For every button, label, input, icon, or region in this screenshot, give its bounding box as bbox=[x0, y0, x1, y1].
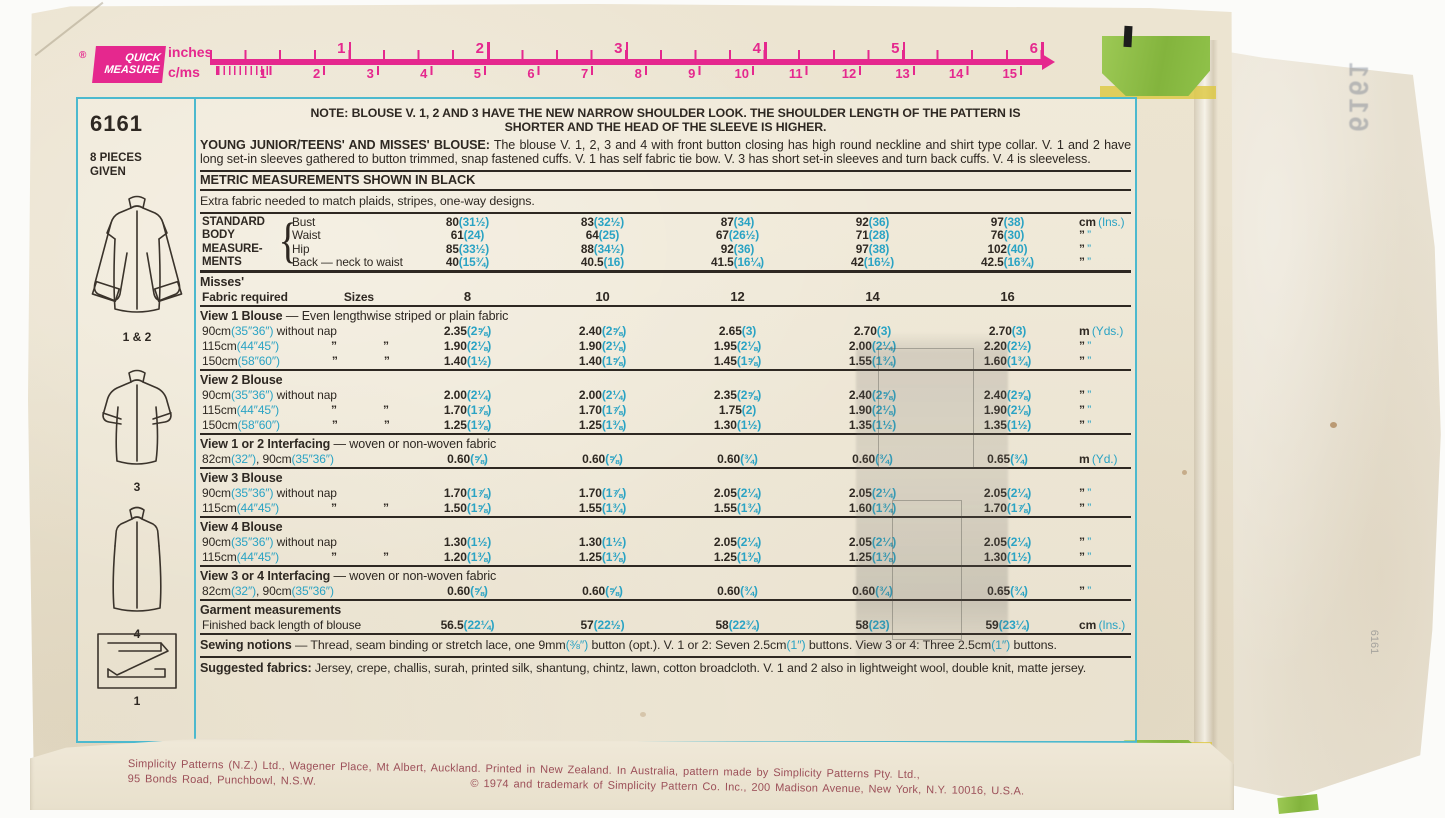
value-number: 57 bbox=[580, 618, 593, 632]
size-column-header: 10 bbox=[535, 289, 670, 304]
value-cell: 1.55(1¾) bbox=[535, 501, 670, 516]
value-inches: (¾) bbox=[1010, 452, 1028, 466]
row-label: 115cm(44″45″)”” bbox=[200, 550, 400, 565]
value-inches: (15¾) bbox=[459, 255, 489, 269]
value-inches: (⅝) bbox=[470, 452, 488, 466]
unit-cell: m (Yds.) bbox=[1075, 324, 1131, 339]
value-inches: (23¼) bbox=[999, 618, 1030, 632]
value-inches: (16¼) bbox=[734, 255, 764, 269]
value-number: 2.40 bbox=[849, 388, 872, 402]
ruler-cm-number: 3 bbox=[354, 66, 374, 81]
value-number: 1.30 bbox=[579, 535, 602, 549]
ruler-cms-label: c/ms bbox=[168, 64, 200, 80]
value-cell: 1.40(1½) bbox=[400, 354, 535, 369]
value-inches: (2⅛) bbox=[467, 339, 491, 353]
value-inches: (2¼) bbox=[737, 535, 761, 549]
value-number: 1.25 bbox=[714, 550, 737, 564]
fabric-row: 90cm(35″36″) without nap1.70(1⅞)1.70(1⅞)… bbox=[200, 486, 1131, 501]
value-inches: (1¾) bbox=[872, 501, 896, 515]
ditto-mark: ” bbox=[332, 354, 338, 368]
row-label-part: 150cm bbox=[202, 418, 238, 432]
ruler-inches-label: inches bbox=[168, 44, 212, 60]
size-group-line1: Misses' bbox=[200, 276, 1131, 289]
unit-part: ” bbox=[1079, 486, 1085, 500]
value-cell: 1.30(1½) bbox=[535, 535, 670, 550]
value-inches: (2¼) bbox=[602, 388, 626, 402]
long-sleeve-blouse-illustration bbox=[85, 191, 189, 329]
value-inches: (2⅝) bbox=[602, 324, 626, 338]
value-cell: 97(38) bbox=[805, 243, 940, 257]
value-number: 0.60 bbox=[717, 584, 740, 598]
value-inches: (¾) bbox=[740, 584, 758, 598]
value-inches: (1⅜) bbox=[467, 550, 491, 564]
value-number: 2.70 bbox=[989, 324, 1012, 338]
suggested-fabrics-paragraph: Suggested fabrics: Jersey, crepe, challi… bbox=[200, 661, 1131, 676]
section-title: View 1 or 2 Interfacing — woven or non-w… bbox=[200, 437, 1131, 452]
value-cell: 0.60(¾) bbox=[805, 452, 940, 467]
value-inches: (38) bbox=[869, 242, 890, 256]
value-cell: 2.70(3) bbox=[805, 324, 940, 339]
sleeveless-blouse-illustration bbox=[85, 504, 189, 626]
value-cell: 1.25(1⅜) bbox=[670, 550, 805, 565]
divider bbox=[200, 633, 1131, 635]
value-cell: 0.60(¾) bbox=[805, 584, 940, 599]
unit-cell: cm (Ins.) bbox=[1075, 216, 1131, 230]
ruler-cm-number: 14 bbox=[943, 66, 963, 81]
notions-segment: (1″) bbox=[991, 638, 1010, 652]
value-number: 2.05 bbox=[714, 486, 737, 500]
value-inches: (1⅝) bbox=[602, 354, 626, 368]
value-inches: (1½) bbox=[467, 535, 491, 549]
value-number: 1.30 bbox=[714, 418, 737, 432]
value-cell: 2.00(2¼) bbox=[535, 388, 670, 403]
divider bbox=[200, 467, 1131, 469]
unit-part: ” bbox=[1087, 255, 1091, 269]
value-cell: 2.35(2⅝) bbox=[400, 324, 535, 339]
value-number: 92 bbox=[856, 215, 869, 229]
value-inches: (1⅞) bbox=[1007, 501, 1031, 515]
value-inches: (33½) bbox=[459, 242, 489, 256]
value-inches: (16) bbox=[603, 255, 624, 269]
value-cell: 0.60(¾) bbox=[670, 452, 805, 467]
ruler-inch-tick bbox=[903, 42, 906, 59]
main-content: NOTE: BLOUSE V. 1, 2 AND 3 HAVE THE NEW … bbox=[200, 104, 1131, 679]
value-inches: (22¾) bbox=[729, 618, 760, 632]
unit-part: ” bbox=[1087, 242, 1091, 256]
value-number: 2.35 bbox=[714, 388, 737, 402]
row-label-part: 150cm bbox=[202, 354, 238, 368]
ditto-mark: ” bbox=[383, 501, 389, 515]
value-cell: 80(31½) bbox=[400, 216, 535, 230]
value-cell: 1.25(1⅜) bbox=[535, 418, 670, 433]
value-number: 92 bbox=[721, 242, 734, 256]
ditto-mark: ” bbox=[331, 339, 337, 353]
view-label: 3 bbox=[78, 480, 196, 494]
value-inches: (2¼) bbox=[872, 486, 896, 500]
value-cell: 2.70(3) bbox=[940, 324, 1075, 339]
instruction-panel: 6161 8 PIECES GIVEN 1 & 2 bbox=[76, 97, 1137, 743]
value-cell: 64(25) bbox=[535, 229, 670, 243]
shoulder-note: NOTE: BLOUSE V. 1, 2 AND 3 HAVE THE NEW … bbox=[206, 107, 1125, 135]
value-cell: 2.05(2¼) bbox=[805, 535, 940, 550]
fabric-row: 90cm(35″36″) without nap2.00(2¼)2.00(2¼)… bbox=[200, 388, 1131, 403]
unit-cell: ” ” bbox=[1075, 339, 1131, 354]
value-number: 1.70 bbox=[444, 403, 467, 417]
row-label-part: (32″) bbox=[231, 452, 256, 466]
value-cell: 2.40(2⅝) bbox=[535, 324, 670, 339]
value-cell: 1.20(1⅜) bbox=[400, 550, 535, 565]
value-number: 1.50 bbox=[444, 501, 467, 515]
value-cell: 2.05(2¼) bbox=[670, 486, 805, 501]
value-inches: (¾) bbox=[875, 584, 893, 598]
body-measurements-label-line: STANDARD bbox=[202, 216, 265, 230]
fabric-row: 82cm(32″), 90cm(35″36″)0.60(⅝)0.60(⅝)0.6… bbox=[200, 452, 1131, 467]
ruler-inch-number: 2 bbox=[466, 40, 484, 57]
value-cell: 61(24) bbox=[400, 229, 535, 243]
value-number: 2.05 bbox=[984, 535, 1007, 549]
value-number: 2.40 bbox=[984, 388, 1007, 402]
value-inches: (2½) bbox=[1007, 339, 1031, 353]
value-number: 40.5 bbox=[581, 255, 604, 269]
value-cell: 58(22¾) bbox=[670, 618, 805, 633]
unit-part: ” bbox=[1087, 339, 1091, 353]
value-cell: 71(28) bbox=[805, 229, 940, 243]
unit-part: ” bbox=[1079, 354, 1085, 368]
row-label-part: (44″45″) bbox=[237, 550, 279, 564]
unit-part: m bbox=[1079, 324, 1090, 338]
value-cell: 1.45(1⅝) bbox=[670, 354, 805, 369]
value-inches: (¾) bbox=[740, 452, 758, 466]
value-number: 2.00 bbox=[444, 388, 467, 402]
value-number: 2.20 bbox=[984, 339, 1007, 353]
divider bbox=[200, 565, 1131, 567]
fabric-row: 115cm(44″45″)””1.70(1⅞)1.70(1⅞)1.75(2)1.… bbox=[200, 403, 1131, 418]
value-cell: 2.00(2¼) bbox=[805, 339, 940, 354]
unit-cell: ” ” bbox=[1075, 486, 1131, 501]
value-cell: 0.60(⅝) bbox=[535, 584, 670, 599]
value-number: 59 bbox=[985, 618, 998, 632]
value-inches: (1½) bbox=[467, 354, 491, 368]
value-number: 1.75 bbox=[719, 403, 742, 417]
value-number: 1.25 bbox=[579, 550, 602, 564]
value-number: 2.05 bbox=[849, 535, 872, 549]
section-title: View 4 Blouse bbox=[200, 520, 1131, 535]
value-cell: 2.05(2¼) bbox=[805, 486, 940, 501]
value-cell: 0.65(¾) bbox=[940, 452, 1075, 467]
value-cell: 0.60(¾) bbox=[670, 584, 805, 599]
fabric-row: 90cm(35″36″) without nap1.30(1½)1.30(1½)… bbox=[200, 535, 1131, 550]
section-title-rest: — Even lengthwise striped or plain fabri… bbox=[283, 309, 509, 323]
value-number: 102 bbox=[988, 242, 1007, 256]
value-cell: 2.05(2¼) bbox=[670, 535, 805, 550]
notions-segment: (1″) bbox=[786, 638, 805, 652]
body-measurement-row: Back — neck to waist40(15¾)40.5(16)41.5(… bbox=[200, 256, 1131, 270]
value-inches: (⅝) bbox=[470, 584, 488, 598]
value-cell: 1.55(1¾) bbox=[805, 354, 940, 369]
body-measurements-table: STANDARDBODYMEASURE-MENTS { Bust80(31½)8… bbox=[200, 216, 1131, 270]
value-number: 42.5 bbox=[981, 255, 1004, 269]
ruler-cm-number: 6 bbox=[515, 66, 535, 81]
value-inches: (36) bbox=[869, 215, 890, 229]
unit-cell: ” ” bbox=[1075, 550, 1131, 565]
value-number: 85 bbox=[446, 242, 459, 256]
section-title: View 3 Blouse bbox=[200, 471, 1131, 486]
value-number: 2.00 bbox=[849, 339, 872, 353]
row-label-part: without nap bbox=[273, 388, 337, 402]
unit-part: ” bbox=[1087, 354, 1091, 368]
sewing-notions-paragraph: Sewing notions — Thread, seam binding or… bbox=[200, 638, 1131, 653]
garment-row-label: Finished back length of blouse bbox=[200, 618, 400, 633]
value-cell: 1.90(2⅛) bbox=[940, 403, 1075, 418]
unit-part: ” bbox=[1079, 418, 1085, 432]
value-number: 97 bbox=[856, 242, 869, 256]
value-number: 2.05 bbox=[714, 535, 737, 549]
metric-banner: METRIC MEASUREMENTS SHOWN IN BLACK bbox=[200, 170, 1131, 191]
unit-cell: ” ” bbox=[1075, 354, 1131, 369]
value-cell: 1.95(2⅛) bbox=[670, 339, 805, 354]
unit-part: ” bbox=[1087, 388, 1091, 402]
value-number: 1.90 bbox=[849, 403, 872, 417]
notions-segment: buttons. View 3 or 4: Three 2.5cm bbox=[806, 638, 992, 652]
value-cell: 56.5(22¼) bbox=[400, 618, 535, 633]
value-cell: 0.60(⅝) bbox=[400, 452, 535, 467]
value-number: 40 bbox=[446, 255, 459, 269]
value-cell: 1.90(2⅛) bbox=[400, 339, 535, 354]
row-label-part: (44″45″) bbox=[237, 403, 279, 417]
logo-line2: MEASURE bbox=[93, 64, 160, 76]
quick-measure-logo: QUICK MEASURE bbox=[92, 46, 166, 83]
row-label-part: (35″36″) bbox=[231, 486, 273, 500]
envelope-side-flap bbox=[1200, 28, 1442, 810]
value-cell: 1.50(1⅝) bbox=[400, 501, 535, 516]
fabric-row: 115cm(44″45″)””1.20(1⅜)1.25(1⅜)1.25(1⅜)1… bbox=[200, 550, 1131, 565]
value-cell: 42.5(16¾) bbox=[940, 256, 1075, 270]
notions-segment: (⅜″) bbox=[566, 638, 589, 652]
size-column-header: 14 bbox=[805, 289, 940, 304]
value-number: 1.70 bbox=[444, 486, 467, 500]
value-number: 0.60 bbox=[852, 584, 875, 598]
value-number: 1.45 bbox=[714, 354, 737, 368]
ruler-cm-number: 9 bbox=[675, 66, 695, 81]
row-label-part: 82cm bbox=[202, 584, 231, 598]
row-label-part: 82cm bbox=[202, 452, 231, 466]
value-number: 41.5 bbox=[711, 255, 734, 269]
section-title-bold: View 3 Blouse bbox=[200, 471, 283, 485]
value-number: 1.20 bbox=[444, 550, 467, 564]
flap-fold-crease bbox=[1194, 40, 1218, 800]
value-number: 1.90 bbox=[579, 339, 602, 353]
unit-cell: ” ” bbox=[1075, 229, 1131, 243]
view-label: 1 & 2 bbox=[78, 330, 196, 344]
value-number: 83 bbox=[581, 215, 594, 229]
value-inches: (31½) bbox=[459, 215, 489, 229]
divider bbox=[200, 369, 1131, 371]
value-number: 1.35 bbox=[849, 418, 872, 432]
row-label-part: (35″36″) bbox=[291, 584, 333, 598]
value-inches: (1⅜) bbox=[737, 550, 761, 564]
value-inches: (2⅝) bbox=[467, 324, 491, 338]
value-number: 1.35 bbox=[984, 418, 1007, 432]
section-title-bold: View 2 Blouse bbox=[200, 373, 283, 387]
value-cell: 40(15¾) bbox=[400, 256, 535, 270]
ruler-inch-number: 3 bbox=[605, 40, 623, 57]
value-number: 1.70 bbox=[579, 486, 602, 500]
value-inches: (⅝) bbox=[605, 452, 623, 466]
view-label: 1 bbox=[78, 694, 196, 708]
unit-cell: ” ” bbox=[1075, 403, 1131, 418]
value-number: 0.60 bbox=[717, 452, 740, 466]
value-number: 87 bbox=[721, 215, 734, 229]
value-inches: (38) bbox=[1004, 215, 1025, 229]
value-inches: (26½) bbox=[729, 228, 759, 242]
value-inches: (1⅞) bbox=[602, 486, 626, 500]
unit-part: ” bbox=[1087, 501, 1091, 515]
paper-stain-speck bbox=[1182, 470, 1187, 475]
unit-part: (Ins.) bbox=[1098, 215, 1124, 229]
ditto-mark: ” bbox=[384, 354, 390, 368]
value-inches: (23) bbox=[869, 618, 890, 632]
ruler-inch-number: 1 bbox=[328, 40, 346, 57]
value-inches: (3) bbox=[742, 324, 756, 338]
value-inches: (2⅛) bbox=[872, 403, 896, 417]
row-label-part: 90cm bbox=[202, 324, 231, 338]
sidebar: 6161 8 PIECES GIVEN 1 & 2 bbox=[78, 99, 196, 741]
row-label-part: (35″36″) bbox=[291, 452, 333, 466]
value-number: 0.60 bbox=[447, 452, 470, 466]
value-cell: 1.60(1¾) bbox=[805, 501, 940, 516]
garment-measurements-title: Garment measurements bbox=[200, 603, 1131, 618]
tie-belt-figure: 1 bbox=[78, 631, 196, 708]
value-inches: (1⅞) bbox=[467, 486, 491, 500]
ruler-cm-number: 7 bbox=[568, 66, 588, 81]
ruler-inch-tick bbox=[626, 42, 629, 59]
ruler-cm-number: 13 bbox=[890, 66, 910, 81]
row-label-part: , 90cm bbox=[256, 452, 291, 466]
value-number: 1.70 bbox=[984, 501, 1007, 515]
value-number: 1.60 bbox=[984, 354, 1007, 368]
unit-part: m bbox=[1079, 452, 1090, 466]
body-measurement-row: Waist61(24)64(25)67(26½)71(28)76(30)” ” bbox=[200, 229, 1131, 243]
value-inches: (1½) bbox=[1007, 550, 1031, 564]
note-line1: NOTE: BLOUSE V. 1, 2 AND 3 HAVE THE NEW … bbox=[206, 107, 1125, 121]
value-cell: 1.70(1⅞) bbox=[400, 403, 535, 418]
value-number: 0.60 bbox=[447, 584, 470, 598]
value-cell: 2.35(2⅝) bbox=[670, 388, 805, 403]
value-inches: (1⅝) bbox=[737, 354, 761, 368]
row-label-part: (32″) bbox=[231, 584, 256, 598]
value-inches: (1⅜) bbox=[872, 550, 896, 564]
divider bbox=[200, 212, 1131, 214]
value-number: 58 bbox=[855, 618, 868, 632]
value-number: 0.65 bbox=[987, 584, 1010, 598]
value-cell: 2.00(2¼) bbox=[400, 388, 535, 403]
row-label: 90cm(35″36″) without nap bbox=[200, 324, 400, 339]
divider bbox=[200, 516, 1131, 518]
value-inches: (1⅜) bbox=[602, 418, 626, 432]
body-measurements-label-line: MENTS bbox=[202, 256, 265, 270]
value-number: 56.5 bbox=[441, 618, 464, 632]
notions-segment: buttons. bbox=[1010, 638, 1057, 652]
value-inches: (2¼) bbox=[467, 388, 491, 402]
value-inches: (1½) bbox=[1007, 418, 1031, 432]
ruler-cm-number: 12 bbox=[836, 66, 856, 81]
ruler-cm-number: 5 bbox=[461, 66, 481, 81]
value-number: 1.25 bbox=[849, 550, 872, 564]
section-title: View 3 or 4 Interfacing — woven or non-w… bbox=[200, 569, 1131, 584]
value-cell: 42(16½) bbox=[805, 256, 940, 270]
ruler-inch-number: 5 bbox=[882, 40, 900, 57]
value-number: 1.90 bbox=[984, 403, 1007, 417]
ditto-mark: ” bbox=[331, 403, 337, 417]
value-number: 88 bbox=[581, 242, 594, 256]
value-cell: 1.30(1½) bbox=[670, 418, 805, 433]
unit-part: ” bbox=[1079, 550, 1085, 564]
value-number: 1.55 bbox=[849, 354, 872, 368]
value-number: 1.40 bbox=[444, 354, 467, 368]
row-label-part: (58″60″) bbox=[238, 418, 280, 432]
value-cell: 57(22½) bbox=[535, 618, 670, 633]
unit-part: ” bbox=[1079, 403, 1085, 417]
fabric-requirements-table: View 1 Blouse — Even lengthwise striped … bbox=[200, 309, 1131, 601]
row-label-part: 115cm bbox=[202, 501, 237, 515]
value-cell: 2.40(2⅝) bbox=[940, 388, 1075, 403]
garment-description: YOUNG JUNIOR/TEENS' AND MISSES' BLOUSE: … bbox=[200, 138, 1131, 166]
row-label-part: 115cm bbox=[202, 339, 237, 353]
row-label-part: , 90cm bbox=[256, 584, 291, 598]
value-inches: (16½) bbox=[864, 255, 894, 269]
value-number: 1.30 bbox=[984, 550, 1007, 564]
unit-cell: ” ” bbox=[1075, 501, 1131, 516]
fabric-row: 115cm(44″45″)””1.90(2⅛)1.90(2⅛)1.95(2⅛)2… bbox=[200, 339, 1131, 354]
value-number: 0.60 bbox=[852, 452, 875, 466]
value-inches: (2¼) bbox=[1007, 486, 1031, 500]
unit-part: (Ins.) bbox=[1098, 618, 1125, 632]
value-inches: (1½) bbox=[602, 535, 626, 549]
value-number: 67 bbox=[716, 228, 729, 242]
value-number: 1.25 bbox=[444, 418, 467, 432]
value-cell: 1.60(1¾) bbox=[940, 354, 1075, 369]
value-inches: (1½) bbox=[872, 418, 896, 432]
value-number: 61 bbox=[451, 228, 464, 242]
section-title: View 1 Blouse — Even lengthwise striped … bbox=[200, 309, 1131, 324]
value-inches: (22½) bbox=[594, 618, 625, 632]
ruler-cm-number: 8 bbox=[622, 66, 642, 81]
ruler-inch-number: 4 bbox=[743, 40, 761, 57]
sizes-label: Sizes bbox=[344, 290, 374, 305]
unit-part: ” bbox=[1087, 486, 1091, 500]
row-label-part: without nap bbox=[273, 486, 337, 500]
value-number: 64 bbox=[586, 228, 599, 242]
value-cell: 2.40(2⅝) bbox=[805, 388, 940, 403]
unit-cell: cm (Ins.) bbox=[1075, 618, 1131, 633]
ruler-cm-number: 10 bbox=[729, 66, 749, 81]
section-title-rest: — woven or non-woven fabric bbox=[330, 569, 496, 583]
ruler-arrow-icon bbox=[1042, 54, 1055, 70]
unit-part: ” bbox=[1079, 242, 1085, 256]
value-cell: 1.90(2⅛) bbox=[805, 403, 940, 418]
divider bbox=[200, 433, 1131, 435]
ruler-cm-number: 4 bbox=[407, 66, 427, 81]
value-inches: (24) bbox=[464, 228, 485, 242]
fabric-row: 150cm(58″60″)””1.25(1⅜)1.25(1⅜)1.30(1½)1… bbox=[200, 418, 1131, 433]
ditto-mark: ” bbox=[383, 403, 389, 417]
value-number: 1.55 bbox=[579, 501, 602, 515]
ruler-cm-number: 2 bbox=[300, 66, 320, 81]
row-label: 115cm(44″45″)”” bbox=[200, 403, 400, 418]
value-inches: (1½) bbox=[737, 418, 761, 432]
fabric-row: 90cm(35″36″) without nap2.35(2⅝)2.40(2⅝)… bbox=[200, 324, 1131, 339]
unit-part: (Yds.) bbox=[1092, 324, 1123, 338]
